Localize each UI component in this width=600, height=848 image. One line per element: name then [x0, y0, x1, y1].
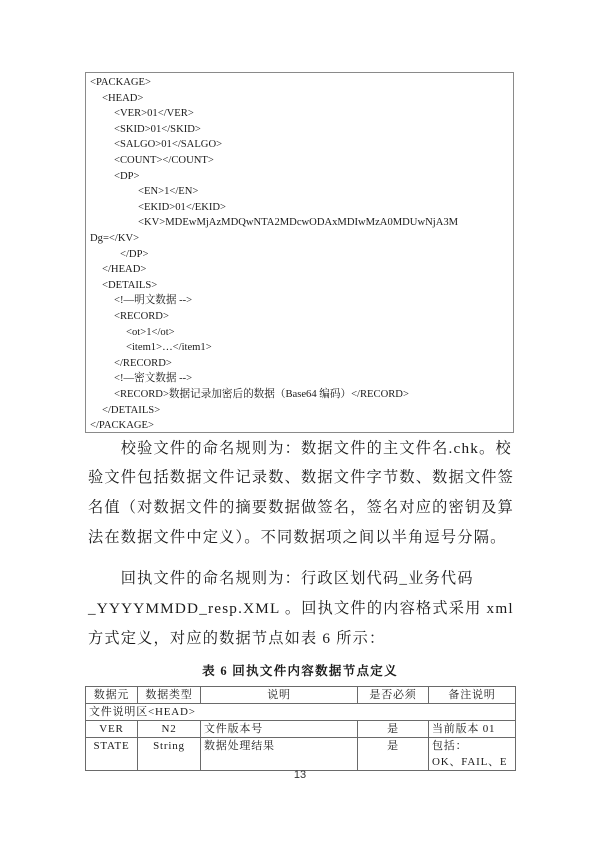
code-line: </DP> [120, 248, 148, 261]
cell-note: 当前版本 01 [429, 721, 516, 738]
paragraph-line: 校验文件的命名规则为：数据文件的主文件名.chk。校 [88, 437, 516, 458]
code-line: <COUNT></COUNT> [114, 154, 214, 167]
code-line: <ot>1</ot> [126, 326, 175, 339]
table-section-row: 文件说明区<HEAD> [86, 704, 516, 721]
header-cell: 数据元 [86, 687, 138, 704]
cell-desc: 数据处理结果 [201, 738, 358, 771]
code-line: <!—密文数据 --> [114, 372, 192, 385]
code-line: <DP> [114, 170, 140, 183]
code-line: <item1>…</item1> [126, 341, 212, 354]
paragraph-line: 名值（对数据文件的摘要数据做签名，签名对应的密钥及算 [88, 496, 516, 517]
code-line: </RECORD> [114, 357, 172, 370]
code-line: Dg=</KV> [90, 232, 139, 245]
cell-required: 是 [358, 721, 429, 738]
code-line: </HEAD> [102, 263, 146, 276]
code-line: <KV>MDEwMjAzMDQwNTA2MDcwODAxMDIwMzA0MDUw… [138, 216, 458, 229]
cell-required: 是 [358, 738, 429, 771]
cell-desc: 文件版本号 [201, 721, 358, 738]
code-line: <!—明文数据 --> [114, 294, 192, 307]
paragraph-line: 法在数据文件中定义）。不同数据项之间以半角逗号分隔。 [88, 526, 516, 547]
code-line: <DETAILS> [102, 279, 157, 292]
code-line: <HEAD> [102, 92, 143, 105]
header-cell: 是否必须 [358, 687, 429, 704]
code-line: <RECORD> [114, 310, 169, 323]
cell-type: N2 [138, 721, 201, 738]
code-line: <SKID>01</SKID> [114, 123, 201, 136]
xml-example-box: <PACKAGE><HEAD><VER>01</VER><SKID>01</SK… [85, 72, 514, 433]
code-line: <SALGO>01</SALGO> [114, 138, 222, 151]
paragraph-line: _YYYYMMDD_resp.XML 。回执文件的内容格式采用 xml [88, 597, 516, 618]
header-cell: 说明 [201, 687, 358, 704]
table-row: STATE String 数据处理结果 是 包括： OK、FAIL、E [86, 738, 516, 771]
note-line: OK、FAIL、E [432, 754, 512, 770]
table-header-row: 数据元 数据类型 说明 是否必须 备注说明 [86, 687, 516, 704]
header-cell: 数据类型 [138, 687, 201, 704]
cell-element: VER [86, 721, 138, 738]
code-line: <EKID>01</EKID> [138, 201, 226, 214]
paragraph-line: 回执文件的命名规则为：行政区划代码_业务代码 [88, 567, 516, 588]
code-line: </DETAILS> [102, 404, 160, 417]
receipt-node-definition-table: 数据元 数据类型 说明 是否必须 备注说明 文件说明区<HEAD> VER N2… [85, 686, 516, 771]
section-cell: 文件说明区<HEAD> [86, 704, 516, 721]
table-row: VER N2 文件版本号 是 当前版本 01 [86, 721, 516, 738]
code-line: </PACKAGE> [90, 419, 154, 432]
paragraph-line: 验文件包括数据文件记录数、数据文件字节数、数据文件签 [88, 466, 516, 487]
cell-note: 包括： OK、FAIL、E [429, 738, 516, 771]
table-caption: 表 6 回执文件内容数据节点定义 [0, 661, 600, 679]
paragraph-line: 方式定义，对应的数据节点如表 6 所示： [88, 627, 516, 648]
note-line: 包括： [432, 738, 512, 754]
code-line: <RECORD>数据记录加密后的数据（Base64 编码）</RECORD> [114, 388, 409, 401]
header-cell: 备注说明 [429, 687, 516, 704]
code-line: <PACKAGE> [90, 76, 151, 89]
page-number: 13 [0, 769, 600, 781]
code-line: <EN>1</EN> [138, 185, 198, 198]
cell-type: String [138, 738, 201, 771]
code-line: <VER>01</VER> [114, 107, 194, 120]
cell-element: STATE [86, 738, 138, 771]
